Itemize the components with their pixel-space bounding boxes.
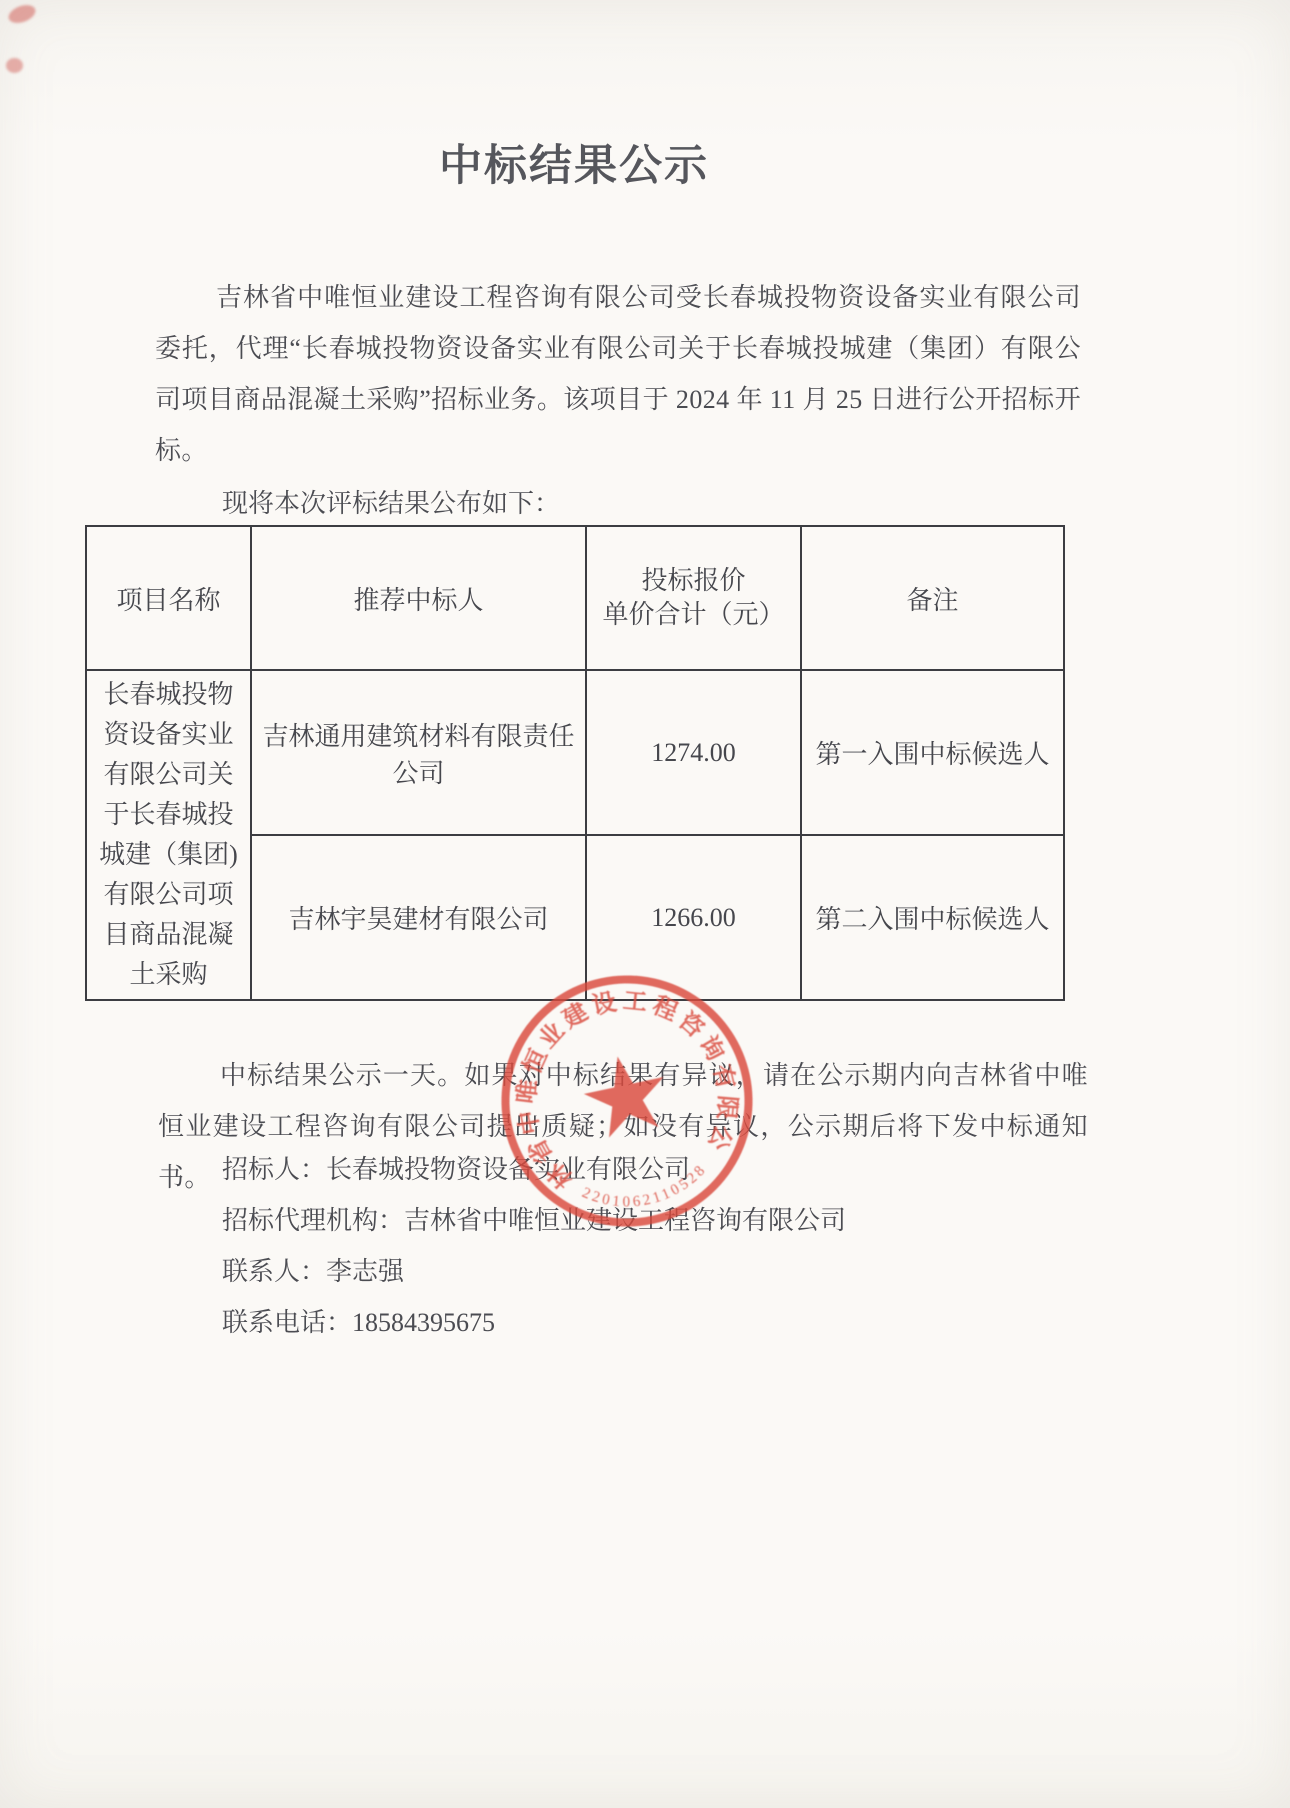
price-cell-1: 1274.00 [586, 670, 801, 835]
col-header-bid-price-line1: 投标报价 [593, 564, 794, 598]
table-header-row: 项目名称 推荐中标人 投标报价 单价合计（元） 备注 [86, 526, 1064, 670]
table-row: 长春城投物资设备实业有限公司关于长春城投城建（集团)有限公司项目商品混凝土采购 … [86, 670, 1064, 835]
remark-cell-2: 第二入围中标候选人 [801, 835, 1064, 1000]
price-cell-2: 1266.00 [586, 835, 801, 1000]
bid-result-table: 项目名称 推荐中标人 投标报价 单价合计（元） 备注 长春城投物资设备实业有限公… [85, 525, 1065, 1001]
col-header-bid-price-line2: 单价合计（元） [593, 598, 794, 632]
document-page: 中标结果公示 吉林省中唯恒业建设工程咨询有限公司受长春城投物资设备实业有限公司委… [0, 0, 1290, 1808]
scan-artifact-red-mark [6, 58, 23, 73]
bidder-cell-1: 吉林通用建筑材料有限责任公司 [251, 670, 586, 835]
bidder-cell-2: 吉林宇昊建材有限公司 [251, 835, 586, 1000]
contact-person-line: 联系人：李志强 [222, 1246, 846, 1297]
remark-cell-1: 第一入围中标候选人 [801, 670, 1064, 835]
project-name-cell: 长春城投物资设备实业有限公司关于长春城投城建（集团)有限公司项目商品混凝土采购 [86, 670, 251, 1000]
contact-block: 招标人：长春城投物资设备实业有限公司 招标代理机构：吉林省中唯恒业建设工程咨询有… [222, 1144, 846, 1348]
table-lead-in-text: 现将本次评标结果公布如下： [222, 483, 560, 520]
tenderer-line: 招标人：长春城投物资设备实业有限公司 [222, 1144, 846, 1195]
col-header-recommended-bidder: 推荐中标人 [251, 526, 586, 670]
contact-phone-line: 联系电话：18584395675 [222, 1297, 846, 1348]
col-header-remark: 备注 [801, 526, 1064, 670]
page-title: 中标结果公示 [85, 132, 1063, 193]
agency-line: 招标代理机构：吉林省中唯恒业建设工程咨询有限公司 [222, 1195, 846, 1246]
col-header-project-name: 项目名称 [86, 526, 251, 670]
scan-artifact-red-mark [6, 2, 38, 27]
intro-paragraph: 吉林省中唯恒业建设工程咨询有限公司受长春城投物资设备实业有限公司委托，代理“长春… [155, 272, 1081, 476]
col-header-bid-price: 投标报价 单价合计（元） [586, 526, 801, 670]
